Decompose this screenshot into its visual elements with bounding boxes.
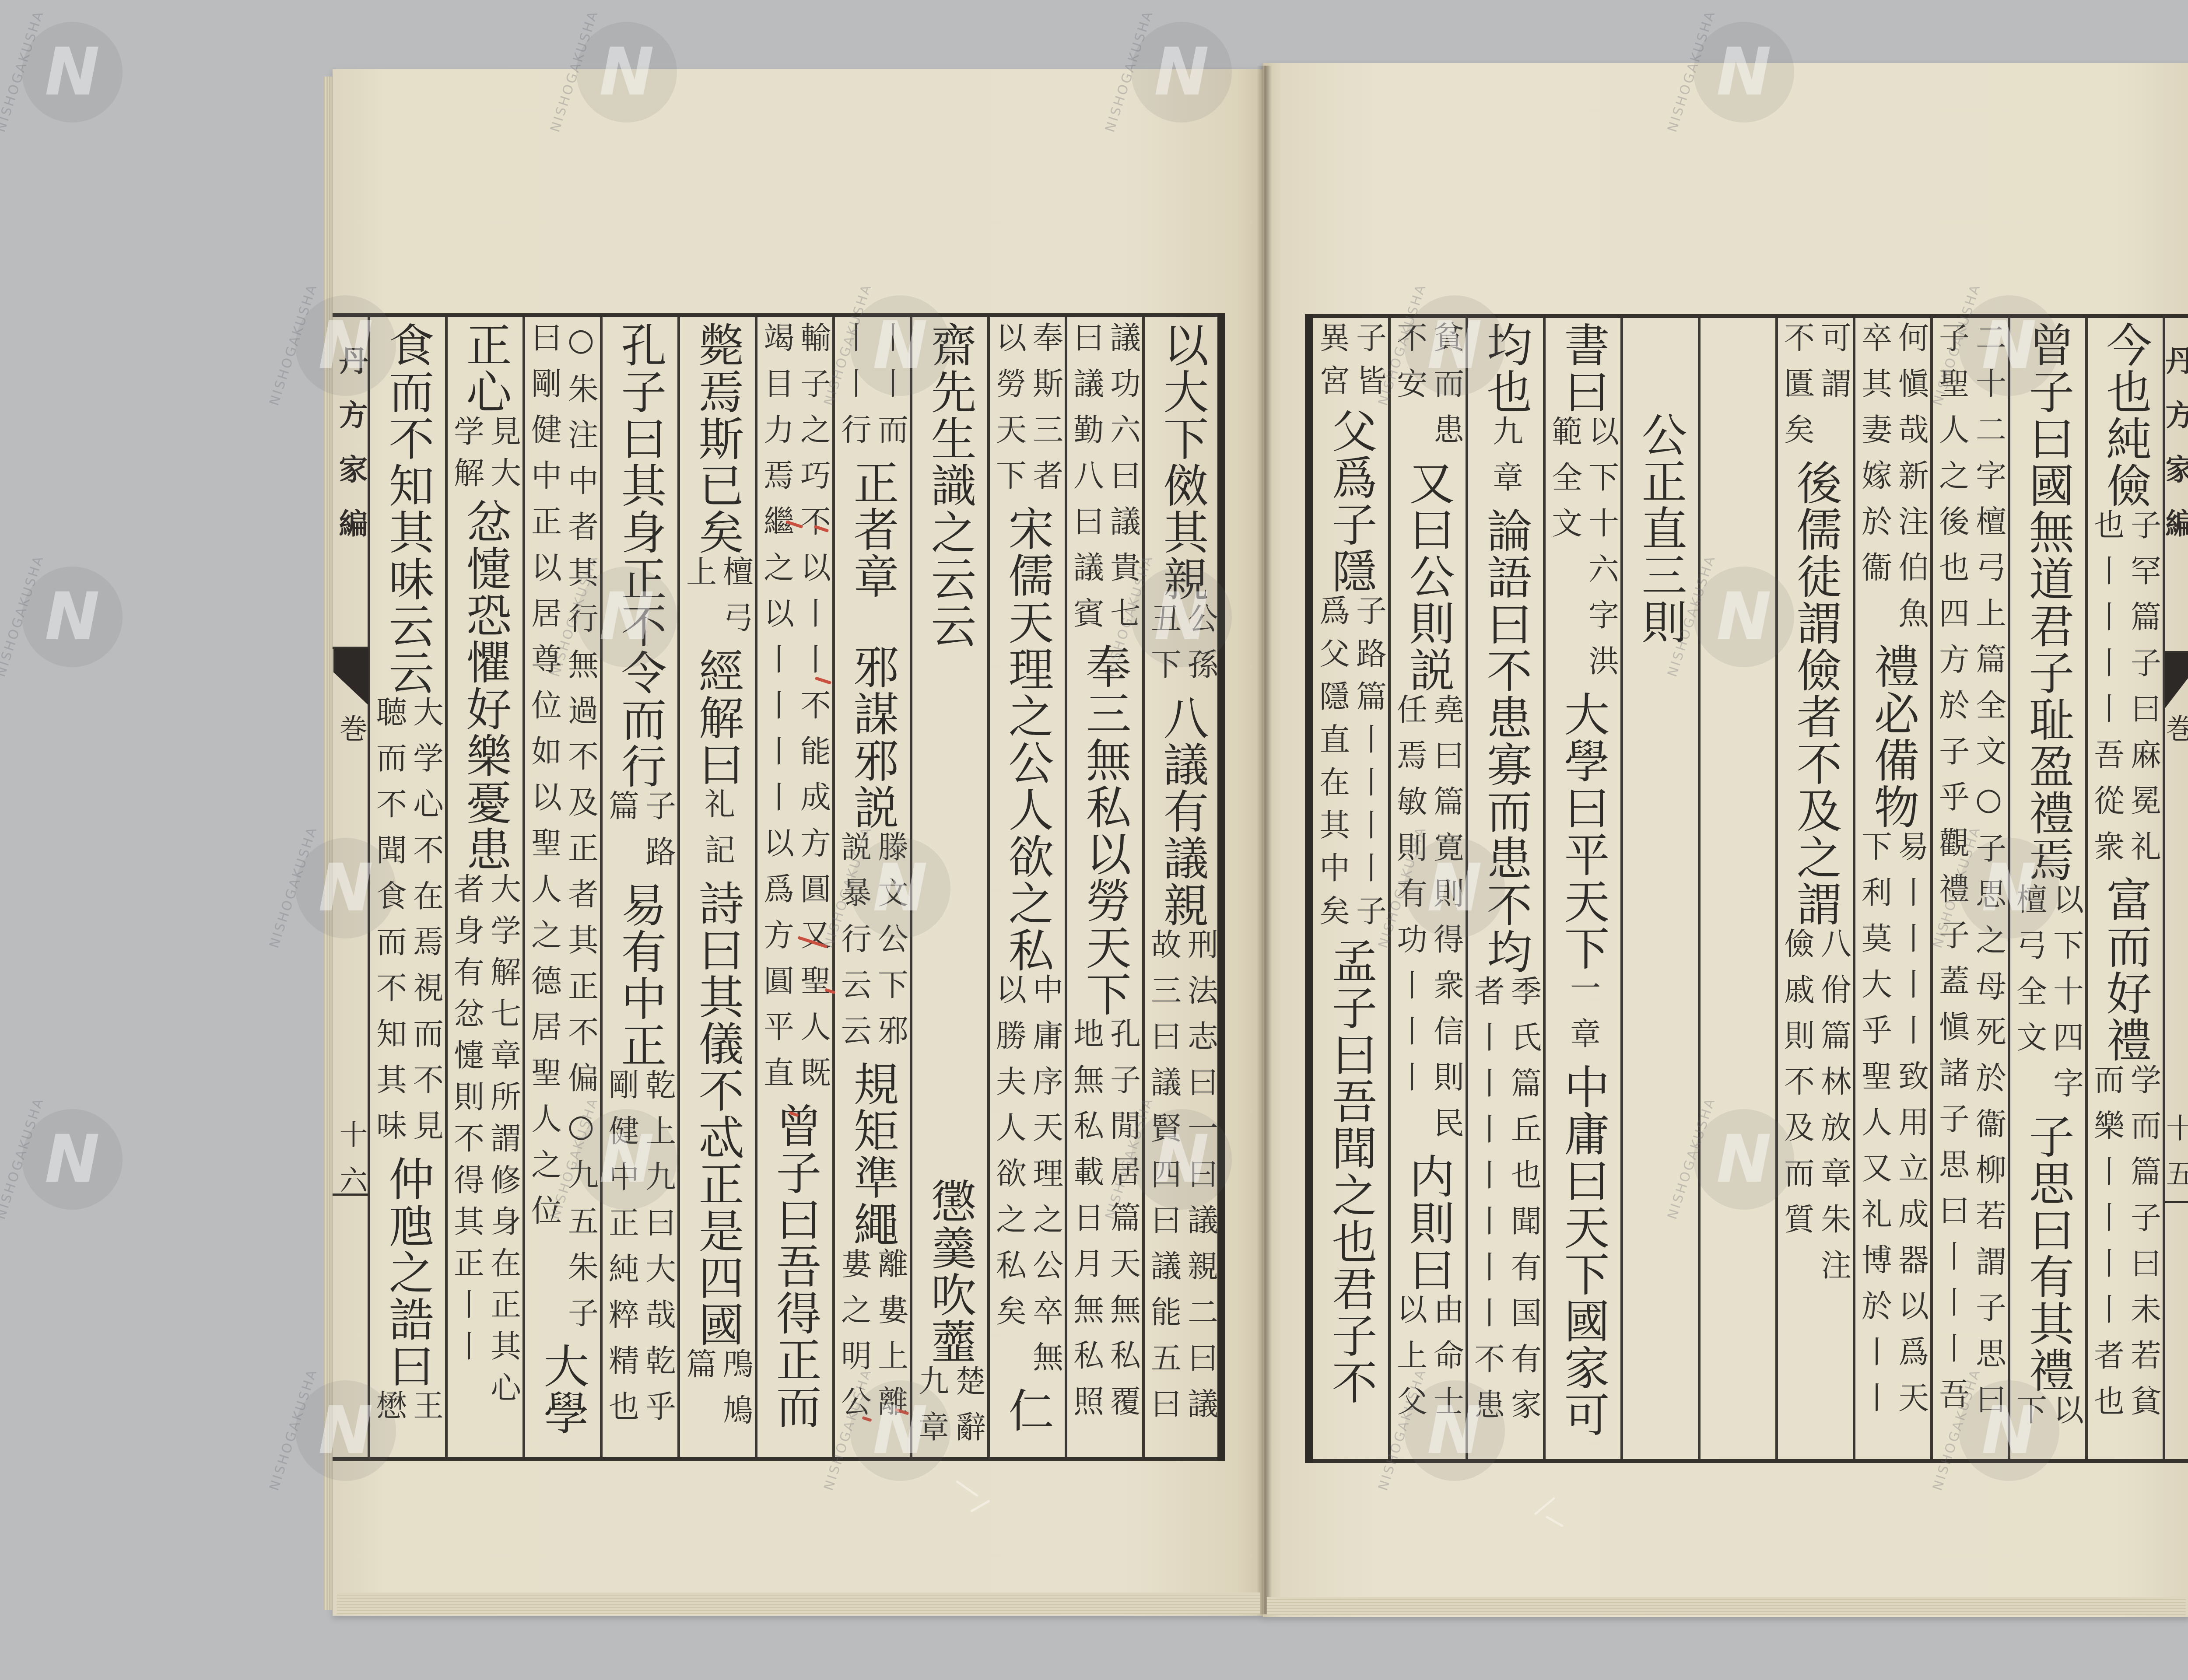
volume-label: 巻 bbox=[2163, 714, 2188, 759]
main-text: 書曰 bbox=[1560, 322, 1606, 415]
note-line-right: 八佾篇林放章朱注 bbox=[1819, 927, 1849, 1295]
watermark-logo-icon: NNISHOGAKUSHA bbox=[850, 1380, 950, 1481]
watermark-logo-icon: NNISHOGAKUSHA bbox=[576, 1109, 677, 1210]
annotation-note: 子皆異宮 bbox=[1317, 322, 1385, 407]
main-text: 規矩準繩 bbox=[850, 1060, 895, 1248]
annotation-note: 大学解七章所謂修身在正其心者身有忿懥則不得其正丨丨 bbox=[452, 873, 519, 1413]
note-line-right: 見大 bbox=[488, 415, 519, 498]
right-margin-title-block: 丹方家編 bbox=[2165, 346, 2188, 563]
annotation-note: 見大学解 bbox=[452, 415, 519, 498]
note-line-left: 者身有忿懥則不得其正丨丨 bbox=[452, 873, 482, 1413]
left-column-3: 奉斯三者以勞天下 宋儒天理之公人欲之私 中庸序天理之公卒無以勝夫人欲之私矣 仁 bbox=[989, 322, 1066, 1457]
note-line-left: 而樂丨丨丨丨者也 bbox=[2092, 1064, 2122, 1431]
note-line-right: 可謂 bbox=[1819, 322, 1849, 459]
watermark-logo-icon: NNISHOGAKUSHA bbox=[850, 295, 950, 396]
watermark-logo-icon: NNISHOGAKUSHA bbox=[1694, 567, 1794, 667]
note-line-right: 輸子之巧不以丨丨不能成方圓又聖人既 bbox=[798, 322, 829, 1102]
watermark-logo-icon: NNISHOGAKUSHA bbox=[576, 22, 677, 122]
left-frame-top-border bbox=[333, 313, 1225, 317]
note-line-right: 九章 bbox=[1490, 415, 1521, 507]
left-column-2: 議功六曰議貴七曰議勤八曰議賓 奉三無私以勞天下 孔子閒居篇天無私覆地無私載日月無… bbox=[1066, 322, 1143, 1457]
note-line-left: 以勝夫人欲之私矣 bbox=[994, 973, 1024, 1387]
margin-rule bbox=[2165, 1201, 2188, 1203]
annotation-note: 一章 bbox=[1568, 972, 1599, 1064]
book-title: 丹方家編 bbox=[2163, 346, 2188, 563]
main-text: 今也純儉 bbox=[2103, 322, 2148, 509]
main-text: 孔子曰其身正不令而行 bbox=[617, 322, 663, 790]
main-text: 大學 bbox=[540, 1343, 586, 1436]
left-column-1: 以大下傚其親 公孫丑下 八議有議親 刑法志曰一曰議親二曰議故三曰議賢四曰議能五曰 bbox=[1143, 322, 1221, 1457]
right-column-6-blank bbox=[1699, 322, 1777, 1457]
margin-rule bbox=[333, 1193, 368, 1196]
note-line-left: 也丨丨丨丨吾從衆 bbox=[2092, 509, 2122, 876]
note-line-right: 中庸序天理之公卒無 bbox=[1031, 973, 1061, 1387]
note-line-right: 子路 bbox=[643, 790, 674, 882]
note-line-left: 篇 bbox=[607, 790, 637, 882]
watermark-logo-icon: NNISHOGAKUSHA bbox=[576, 567, 677, 667]
annotation-note: 易丨丨丨丨致用立成器以爲天下利莫大乎聖人又礼博於丨丨 bbox=[1859, 830, 1927, 1428]
note-line-right: 大学解七章所謂修身在正其心 bbox=[488, 873, 519, 1413]
main-text: 忿懥恐懼好樂憂患 bbox=[463, 498, 508, 873]
main-text: 子思曰有其禮 bbox=[2025, 1113, 2071, 1394]
note-line-right: 楚辭 bbox=[953, 1365, 984, 1457]
main-text: 宋儒天理之公人欲之私 bbox=[1005, 505, 1050, 973]
right-column-4: 何愼哉新注伯魚卒其妻嫁於衞 禮必備物 易丨丨丨丨致用立成器以爲天下利莫大乎聖人又… bbox=[1854, 322, 1932, 1457]
note-line-left: 異宮 bbox=[1317, 322, 1348, 407]
main-text: 大學曰平天下 bbox=[1560, 691, 1606, 972]
note-line-right: 孔子閒居篇天無私覆 bbox=[1108, 1018, 1139, 1431]
annotation-note: 子路篇丨丨丨丨子爲父隱直在其中矣 bbox=[1317, 595, 1385, 938]
note-line-right: 一章 bbox=[1568, 972, 1599, 1064]
watermark-logo-icon: NNISHOGAKUSHA bbox=[1959, 838, 2059, 938]
watermark-logo-icon: NNISHOGAKUSHA bbox=[1131, 567, 1232, 667]
annotation-note: 九章 bbox=[1490, 415, 1521, 507]
annotation-note: 鳲鳩篇 bbox=[684, 1348, 751, 1440]
main-text: 内則曰 bbox=[1406, 1153, 1451, 1293]
main-text: 曾子曰國無道君子耻盈禮焉 bbox=[2025, 322, 2071, 883]
main-text: 以大下傚其親 bbox=[1160, 322, 1205, 602]
left-bottom-page-edges bbox=[337, 1592, 1260, 1614]
main-text: 正心 bbox=[463, 322, 508, 415]
note-line-right: 以下十六字洪 bbox=[1586, 415, 1617, 691]
note-line-right: 何愼哉新注伯魚 bbox=[1896, 322, 1927, 643]
main-text: 奉三無私以勞天下 bbox=[1082, 643, 1128, 1018]
page-number-block: 十五 bbox=[2165, 1113, 2188, 1204]
annotation-note: 何愼哉新注伯魚卒其妻嫁於衞 bbox=[1859, 322, 1927, 643]
main-text: 富而好禮 bbox=[2103, 876, 2148, 1064]
note-line-right: 易丨丨丨丨致用立成器以爲天 bbox=[1896, 830, 1927, 1428]
watermark-logo-icon: NNISHOGAKUSHA bbox=[22, 1109, 123, 1210]
main-text: 易有中正 bbox=[617, 882, 663, 1069]
note-line-left: 竭目力焉繼之以丨丨丨丨以爲方圓平直 bbox=[761, 322, 792, 1102]
note-line-left: 爲父隱直在其中矣 bbox=[1317, 595, 1348, 938]
right-bottom-page-edges bbox=[1267, 1597, 2186, 1615]
note-line-right: 学而篇子曰未若貧 bbox=[2128, 1064, 2159, 1431]
main-text: 中庸曰天下國家可 bbox=[1560, 1064, 1606, 1438]
volume-label-block: 巻 bbox=[2165, 714, 2188, 759]
annotation-note: 以下十六字洪範全文 bbox=[1550, 415, 1617, 691]
main-text: 八議有議親 bbox=[1160, 694, 1205, 928]
note-line-left: 範全文 bbox=[1550, 415, 1580, 691]
right-column-11: 子皆異宮 父爲子隱 子路篇丨丨丨丨子爲父隱直在其中矣 孟子曰吾聞之也君子不 bbox=[1312, 322, 1389, 1457]
left-column-8: 孔子曰其身正不令而行 子路篇 易有中正 乾上九曰大哉乾乎剛健中正純粹精也 bbox=[601, 322, 679, 1457]
note-line-left: 曰剛健中正以居尊位如以聖人之德居聖人之位 bbox=[529, 322, 560, 1343]
watermark-logo-icon: NNISHOGAKUSHA bbox=[1131, 22, 1232, 122]
note-line-left: 上 bbox=[684, 556, 715, 647]
note-line-right: 檀弓 bbox=[721, 556, 751, 647]
note-line-left: 下利莫大乎聖人又礼博於丨丨 bbox=[1859, 830, 1890, 1428]
annotation-note: 学而篇子曰未若貧而樂丨丨丨丨者也 bbox=[2092, 1064, 2159, 1431]
left-frame-bottom-border bbox=[333, 1457, 1225, 1461]
annotation-note: 孔子閒居篇天無私覆地無私載日月無私照 bbox=[1071, 1018, 1139, 1431]
page-number: 十五 bbox=[2163, 1113, 2188, 1204]
annotation-note: 奉斯三者以勞天下 bbox=[994, 322, 1061, 505]
note-line-left: 以勞天下 bbox=[994, 322, 1024, 505]
watermark-logo-icon: NNISHOGAKUSHA bbox=[1694, 1109, 1794, 1210]
annotation-note: 子罕篇子曰麻冕礼也丨丨丨丨吾從衆 bbox=[2092, 509, 2159, 876]
note-line-left: 篇 bbox=[684, 1348, 715, 1440]
note-line-left: 学解 bbox=[452, 415, 482, 498]
annotation-note: 季氏篇丘也聞有国有家者丨丨丨丨丨丨丨不患 bbox=[1472, 975, 1539, 1435]
watermark-logo-icon: NNISHOGAKUSHA bbox=[1694, 22, 1794, 122]
left-column-10: 正心 見大学解 忿懥恐懼好樂憂患 大学解七章所謂修身在正其心者身有忿懥則不得其正… bbox=[446, 322, 524, 1457]
main-text: 父爲子隱 bbox=[1328, 407, 1374, 595]
page-number: 十六 bbox=[337, 1120, 365, 1211]
section-heading: 公正直三則 bbox=[1638, 411, 1683, 645]
note-line-right: 王 bbox=[411, 1389, 442, 1435]
annotation-note: 中庸序天理之公卒無以勝夫人欲之私矣 bbox=[994, 973, 1061, 1387]
note-line-left: 地無私載日月無私照 bbox=[1071, 1018, 1102, 1431]
volume-label: 巻 bbox=[337, 714, 365, 759]
main-text: 邪謀邪説 bbox=[850, 644, 895, 831]
volume-label-block: 巻 bbox=[334, 714, 368, 759]
left-column-9: ○朱注中者其行無過不及正者其正不偏○九五朱子曰剛健中正以居尊位如以聖人之德居聖人… bbox=[524, 322, 601, 1457]
watermark-logo-icon: NNISHOGAKUSHA bbox=[295, 295, 396, 396]
main-text: 正者章 bbox=[850, 459, 895, 600]
annotation-note: 子路篇 bbox=[607, 790, 674, 882]
watermark-logo-icon: NNISHOGAKUSHA bbox=[1404, 838, 1505, 938]
watermark-logo-icon: NNISHOGAKUSHA bbox=[1404, 1380, 1505, 1481]
annotation-note: 礼記 bbox=[702, 788, 733, 880]
main-text: 詩曰其儀不忒正是四國 bbox=[695, 880, 740, 1348]
main-text: 斃焉斯已矣 bbox=[695, 322, 740, 556]
note-line-left: 卒其妻嫁於衞 bbox=[1859, 322, 1890, 643]
note-line-right: 子路篇丨丨丨丨子 bbox=[1354, 595, 1385, 938]
left-column-7: 斃焉斯已矣 檀弓上 經解曰 礼記 詩曰其儀不忒正是四國 鳲鳩篇 bbox=[679, 322, 756, 1457]
note-line-right: 子罕篇子曰麻冕礼 bbox=[2128, 509, 2159, 876]
right-column-1: 今也純儉 子罕篇子曰麻冕礼也丨丨丨丨吾從衆 富而好禮 学而篇子曰未若貧而樂丨丨丨… bbox=[2086, 322, 2164, 1457]
right-column-8: 書曰 以下十六字洪範全文 大學曰平天下 一章 中庸曰天下國家可 bbox=[1544, 322, 1622, 1457]
watermark-logo-icon: NNISHOGAKUSHA bbox=[22, 567, 123, 667]
main-text: 懲羹吹虀 bbox=[927, 1178, 973, 1365]
annotation-note: 輸子之巧不以丨丨不能成方圓又聖人既竭目力焉繼之以丨丨丨丨以爲方圓平直 bbox=[761, 322, 829, 1102]
note-line-left: 不匱矣 bbox=[1782, 322, 1813, 459]
watermark-logo-icon: NNISHOGAKUSHA bbox=[1131, 1109, 1232, 1210]
main-text: 曾子曰吾得正而 bbox=[772, 1102, 818, 1430]
note-line-right: 大学心不在焉視而不見 bbox=[411, 696, 442, 1155]
main-text: 後儒徒謂儉者不及之謂 bbox=[1793, 459, 1838, 927]
note-line-left: 曰議勤八曰議賓 bbox=[1071, 322, 1102, 643]
watermark-logo-icon: NNISHOGAKUSHA bbox=[1959, 295, 2059, 396]
right-column-5: 可謂不匱矣 後儒徒謂儉者不及之謂 八佾篇林放章朱注儉戚則不及而質 bbox=[1777, 322, 1854, 1457]
watermark-logo-icon: NNISHOGAKUSHA bbox=[1404, 295, 1505, 396]
annotation-note: 檀弓上 bbox=[684, 556, 751, 647]
watermark-logo-icon: NNISHOGAKUSHA bbox=[1959, 1380, 2059, 1481]
watermark-logo-icon: NNISHOGAKUSHA bbox=[295, 1380, 396, 1481]
note-line-right: 礼記 bbox=[702, 788, 733, 880]
note-line-right: 季氏篇丘也聞有国有家 bbox=[1509, 975, 1539, 1435]
main-text: 孟子曰吾聞之也君子不 bbox=[1328, 938, 1374, 1406]
note-line-right: 鳲鳩 bbox=[721, 1348, 751, 1440]
right-column-7-heading: 公正直三則 bbox=[1622, 322, 1699, 1457]
watermark-logo-icon: NNISHOGAKUSHA bbox=[850, 838, 950, 938]
page-number-block: 十六 bbox=[334, 1120, 368, 1211]
main-text: 經解曰 bbox=[695, 647, 740, 788]
main-text: 又曰公則説 bbox=[1406, 459, 1451, 693]
watermark-logo-icon: NNISHOGAKUSHA bbox=[295, 838, 396, 938]
note-line-right: 奉斯三者 bbox=[1031, 322, 1061, 505]
main-text: 仲虺之誥曰 bbox=[385, 1155, 431, 1389]
annotation-note: 可謂不匱矣 bbox=[1782, 322, 1849, 459]
left-column-6: 輸子之巧不以丨丨不能成方圓又聖人既竭目力焉繼之以丨丨丨丨以爲方圓平直 曾子曰吾得… bbox=[756, 322, 834, 1457]
note-line-left: 者丨丨丨丨丨丨丨不患 bbox=[1472, 975, 1503, 1435]
watermark-logo-icon: NNISHOGAKUSHA bbox=[22, 22, 123, 122]
book-gutter bbox=[1257, 66, 1272, 1614]
main-text: 仁 bbox=[1005, 1387, 1050, 1434]
main-text: 禮必備物 bbox=[1870, 643, 1916, 830]
